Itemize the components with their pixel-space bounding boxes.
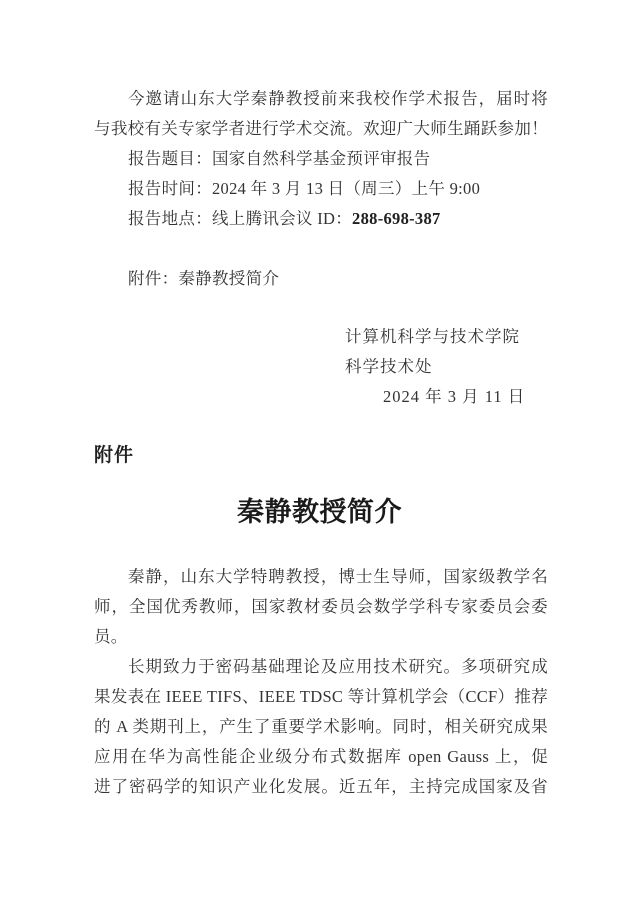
bio-p1-line-3: 员。 [94, 622, 548, 652]
bio-title: 秦静教授简介 [0, 490, 639, 529]
meeting-id: 288-698-387 [352, 209, 441, 228]
attachment-reference-line: 附件：秦静教授简介 [94, 264, 548, 294]
report-time-line: 报告时间：2024 年 3 月 13 日（周三）上午 9:00 [94, 174, 548, 204]
signature-block: 计算机科学与技术学院 科学技术处 2024 年 3 月 11 日 [345, 322, 525, 412]
notice-body: 今邀请山东大学秦静教授前来我校作学术报告，届时将 与我校有关专家学者进行学术交流… [94, 84, 548, 294]
document-page: 今邀请山东大学秦静教授前来我校作学术报告，届时将 与我校有关专家学者进行学术交流… [0, 0, 639, 905]
report-topic-line: 报告题目：国家自然科学基金预评审报告 [94, 144, 548, 174]
report-location-prefix: 报告地点：线上腾讯会议 ID： [128, 209, 352, 228]
intro-line-2: 与我校有关专家学者进行学术交流。欢迎广大师生踊跃参加！ [94, 114, 548, 144]
signature-date: 2024 年 3 月 11 日 [383, 382, 525, 412]
attachment-section-label: 附件 [94, 440, 134, 467]
bio-p2-line-2: 果发表在 IEEE TIFS、IEEE TDSC 等计算机学会（CCF）推荐 [94, 682, 548, 712]
bio-p1-line-2: 师，全国优秀教师，国家教材委员会数学学科专家委员会委 [94, 592, 548, 622]
bio-p2-line-5: 进了密码学的知识产业化发展。近五年，主持完成国家及省 [94, 772, 548, 802]
bio-p2-line-4: 应用在华为高性能企业级分布式数据库 open Gauss 上，促 [94, 742, 548, 772]
bio-p2-line-3: 的 A 类期刊上，产生了重要学术影响。同时，相关研究成果 [94, 712, 548, 742]
report-location-line: 报告地点：线上腾讯会议 ID：288-698-387 [94, 204, 548, 234]
intro-line-1: 今邀请山东大学秦静教授前来我校作学术报告，届时将 [94, 84, 548, 114]
signature-org-1: 计算机科学与技术学院 [345, 322, 525, 352]
signature-org-2: 科学技术处 [345, 352, 525, 382]
bio-p1-line-1: 秦静，山东大学特聘教授，博士生导师，国家级教学名 [94, 562, 548, 592]
bio-body: 秦静，山东大学特聘教授，博士生导师，国家级教学名 师，全国优秀教师，国家教材委员… [94, 562, 548, 802]
bio-p2-line-1: 长期致力于密码基础理论及应用技术研究。多项研究成 [94, 652, 548, 682]
blank-line [94, 234, 548, 264]
